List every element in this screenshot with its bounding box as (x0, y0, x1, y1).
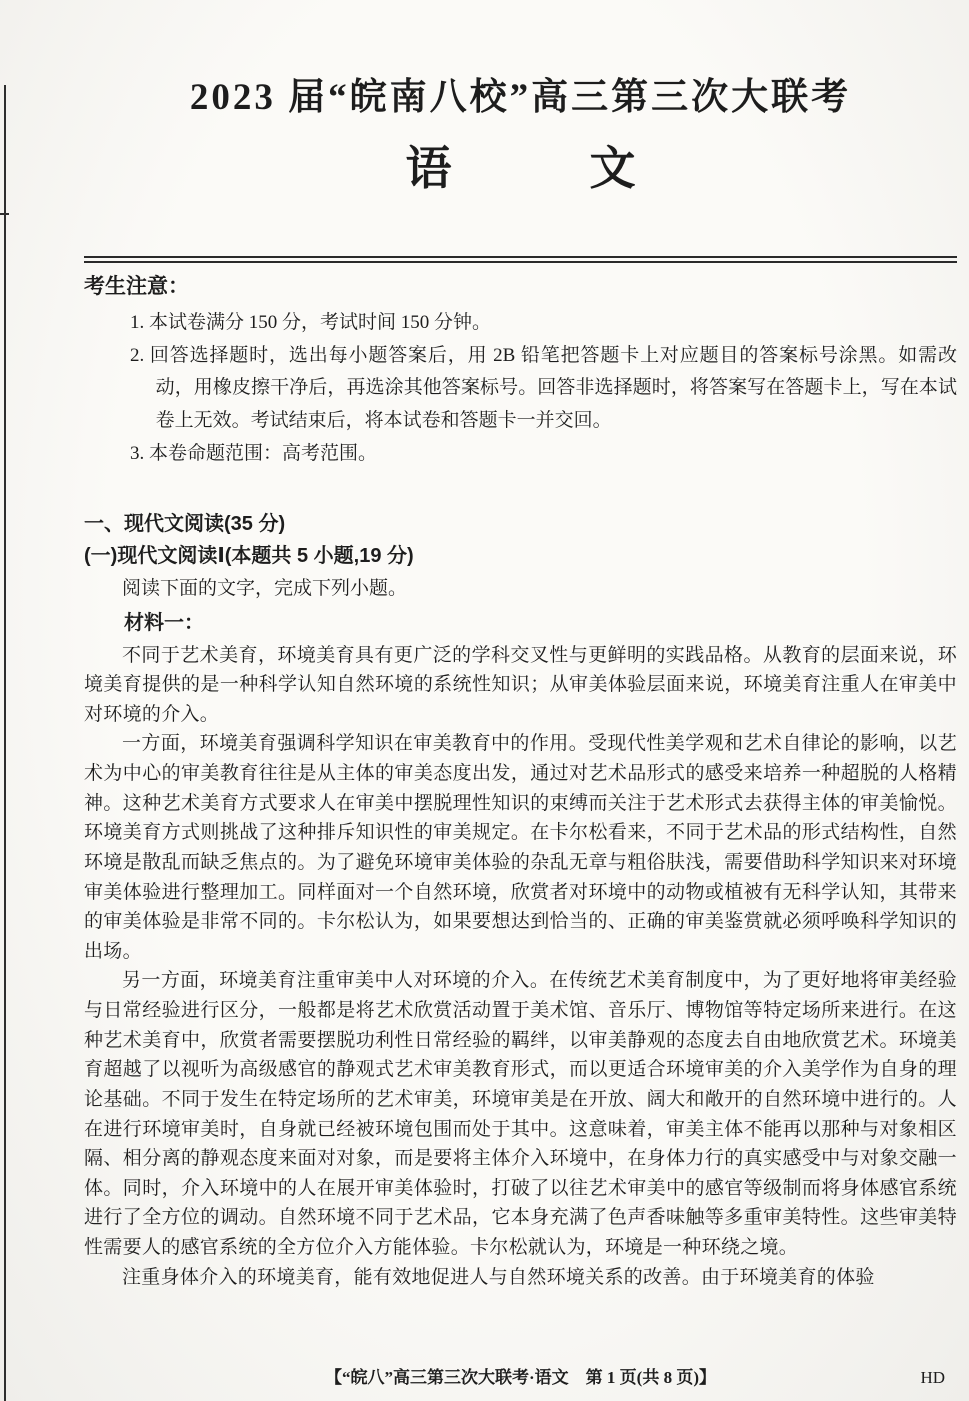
material-paragraph: 注重身体介入的环境美育，能有效地促进人与自然环境关系的改善。由于环境美育的体验 (84, 1263, 957, 1293)
exam-title: 2023 届“皖南八校”高三第三次大联考 (84, 75, 957, 121)
exam-paper-page: 2023 届“皖南八校”高三第三次大联考 语 文 考生注意： 1. 本试卷满分 … (0, 0, 969, 1401)
notice-item-2: 2. 回答选择题时，选出每小题答案后，用 2B 铅笔把答题卡上对应题目的答案标号… (130, 340, 957, 438)
section-part-heading: 一、现代文阅读(35 分) (84, 508, 957, 540)
material-one-text: 不同于艺术美育，环境美育具有更广泛的学科交叉性与更鲜明的实践品格。从教育的层面来… (84, 641, 957, 1293)
material-paragraph: 另一方面，环境美育注重审美中人对环境的介入。在传统艺术美育制度中，为了更好地将审… (84, 966, 957, 1262)
notice-item-3: 3. 本卷命题范围：高考范围。 (130, 438, 957, 471)
footer-page-info: 【“皖八”高三第三次大联考·语文 第 1 页(共 8 页)】 (84, 1367, 957, 1389)
material-paragraph: 不同于艺术美育，环境美育具有更广泛的学科交叉性与更鲜明的实践品格。从教育的层面来… (84, 641, 957, 730)
notice-double-rule (84, 256, 957, 263)
material-one-label: 材料一： (84, 607, 957, 639)
scan-edge-line (4, 85, 6, 1401)
scan-edge-tick (0, 213, 9, 215)
notice-list: 1. 本试卷满分 150 分，考试时间 150 分钟。 2. 回答选择题时，选出… (130, 307, 957, 470)
subject-title: 语 文 (84, 141, 957, 196)
section-subpart-heading: (一)现代文阅读Ⅰ(本题共 5 小题,19 分) (84, 540, 957, 572)
page-footer: 【“皖八”高三第三次大联考·语文 第 1 页(共 8 页)】 HD (84, 1367, 957, 1389)
notice-item-1: 1. 本试卷满分 150 分，考试时间 150 分钟。 (130, 307, 957, 340)
page-content: 2023 届“皖南八校”高三第三次大联考 语 文 考生注意： 1. 本试卷满分 … (84, 0, 957, 1292)
footer-edition-code: HD (920, 1367, 945, 1389)
notice-heading: 考生注意： (84, 272, 957, 301)
reading-instruction: 阅读下面的文字，完成下列小题。 (84, 574, 957, 604)
material-paragraph: 一方面，环境美育强调科学知识在审美教育中的作用。受现代性美学观和艺术自律论的影响… (84, 729, 957, 966)
